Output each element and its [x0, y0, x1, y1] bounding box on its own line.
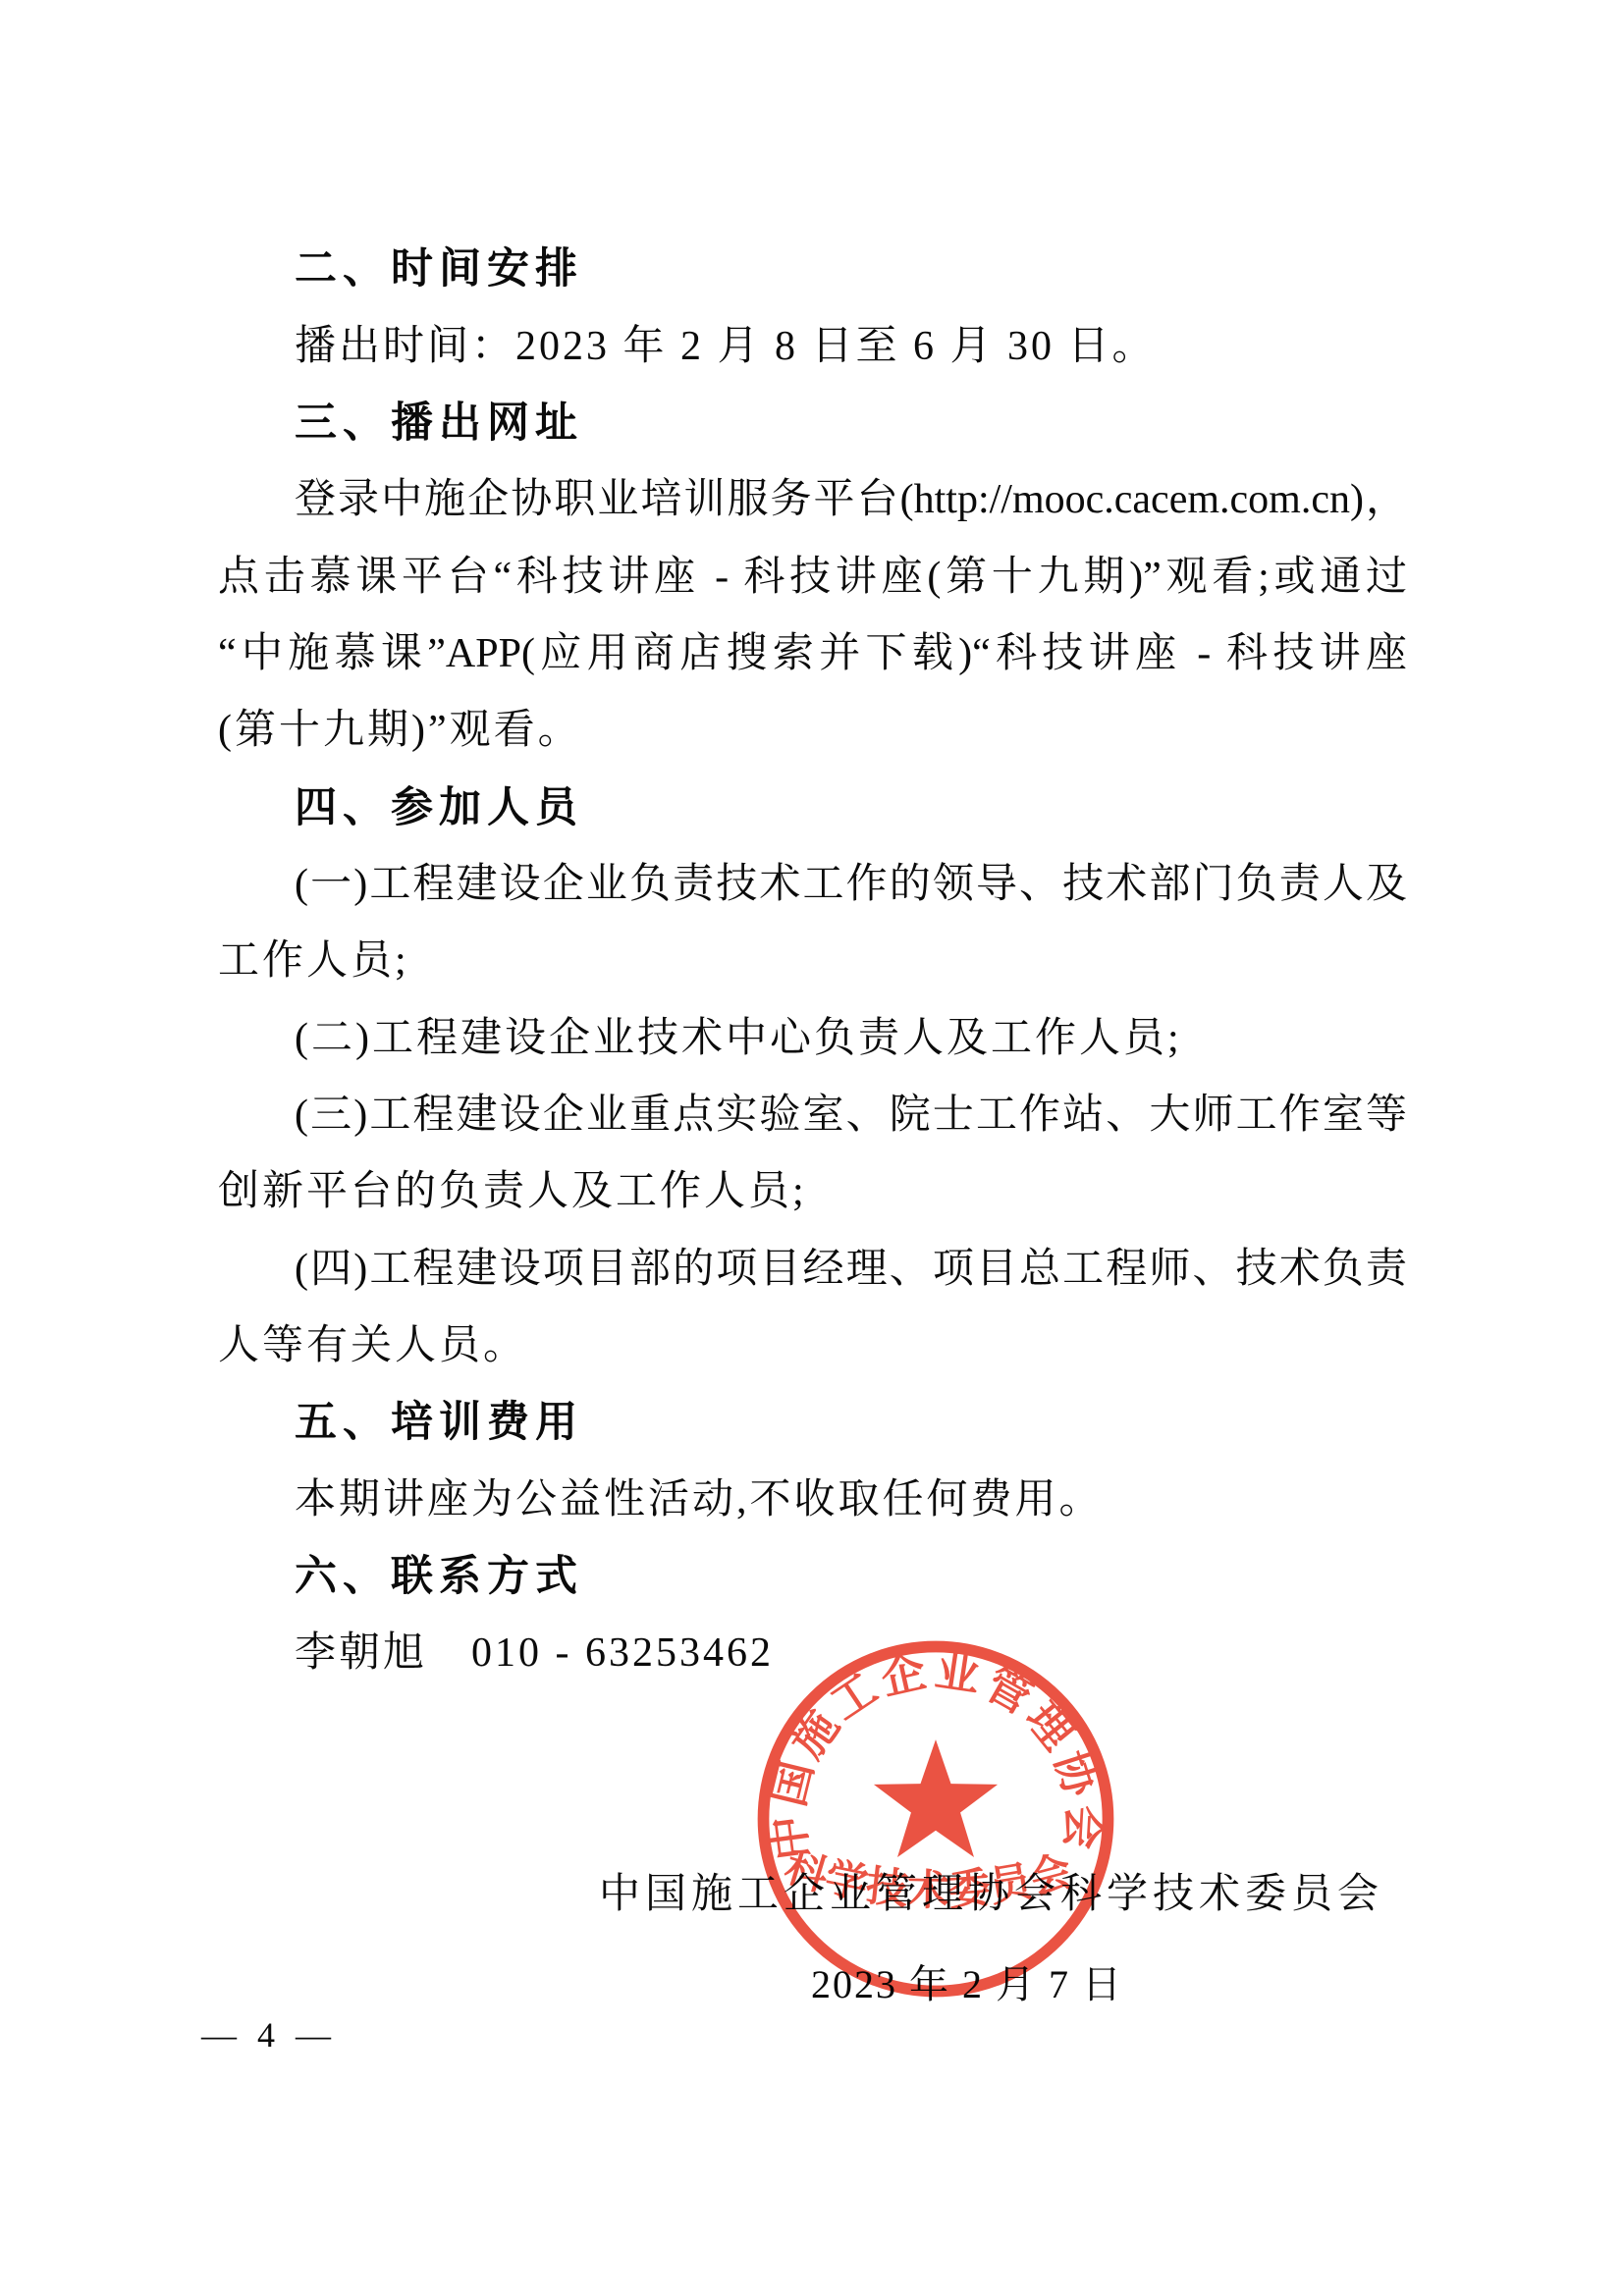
section-heading: 三、播出网址 — [295, 398, 583, 451]
doc-line: (三)工程建设企业重点实验室、院士工作站、大师工作室等 — [295, 1090, 1407, 1142]
doc-line: 本期讲座为公益性活动,不收取任何费用。 — [295, 1474, 1104, 1526]
contact-line: 李朝旭 010 - 63253462 — [295, 1628, 774, 1680]
doc-line: (一)工程建设企业负责技术工作的领导、技术部门负责人及 — [295, 859, 1407, 911]
doc-line: 创新平台的负责人及工作人员; — [218, 1166, 807, 1218]
doc-line: “中施慕课”APP(应用商店搜索并下载)“科技讲座 - 科技讲座 — [218, 628, 1407, 680]
section-heading: 四、参加人员 — [295, 782, 583, 835]
doc-line: 登录中施企协职业培训服务平台(http://mooc.cacem.com.cn)… — [295, 474, 1407, 526]
doc-line: (四)工程建设项目部的项目经理、项目总工程师、技术负责 — [295, 1244, 1407, 1296]
doc-line: 播出时间：2023 年 2 月 8 日至 6 月 30 日。 — [295, 321, 1157, 373]
doc-line: 点击慕课平台“科技讲座 - 科技讲座(第十九期)”观看;或通过 — [218, 552, 1407, 604]
doc-line: (二)工程建设企业技术中心负责人及工作人员; — [295, 1013, 1182, 1065]
official-stamp: 中国施工企业管理协会 科学技术委员会 — [744, 1628, 1127, 2010]
section-heading: 五、培训费用 — [295, 1397, 583, 1450]
section-heading: 六、联系方式 — [295, 1551, 583, 1604]
document-page: 二、时间安排 播出时间：2023 年 2 月 8 日至 6 月 30 日。 三、… — [0, 0, 1623, 2296]
doc-line: (第十九期)”观看。 — [218, 705, 582, 757]
stamp-inner-text: 科学技术委员会 — [780, 1843, 1077, 1915]
page-number: — 4 — — [201, 2014, 337, 2056]
doc-line: 工作人员; — [218, 935, 409, 988]
section-heading: 二、时间安排 — [295, 243, 583, 296]
doc-line: 人等有关人员。 — [218, 1320, 527, 1372]
star-icon — [874, 1739, 998, 1857]
